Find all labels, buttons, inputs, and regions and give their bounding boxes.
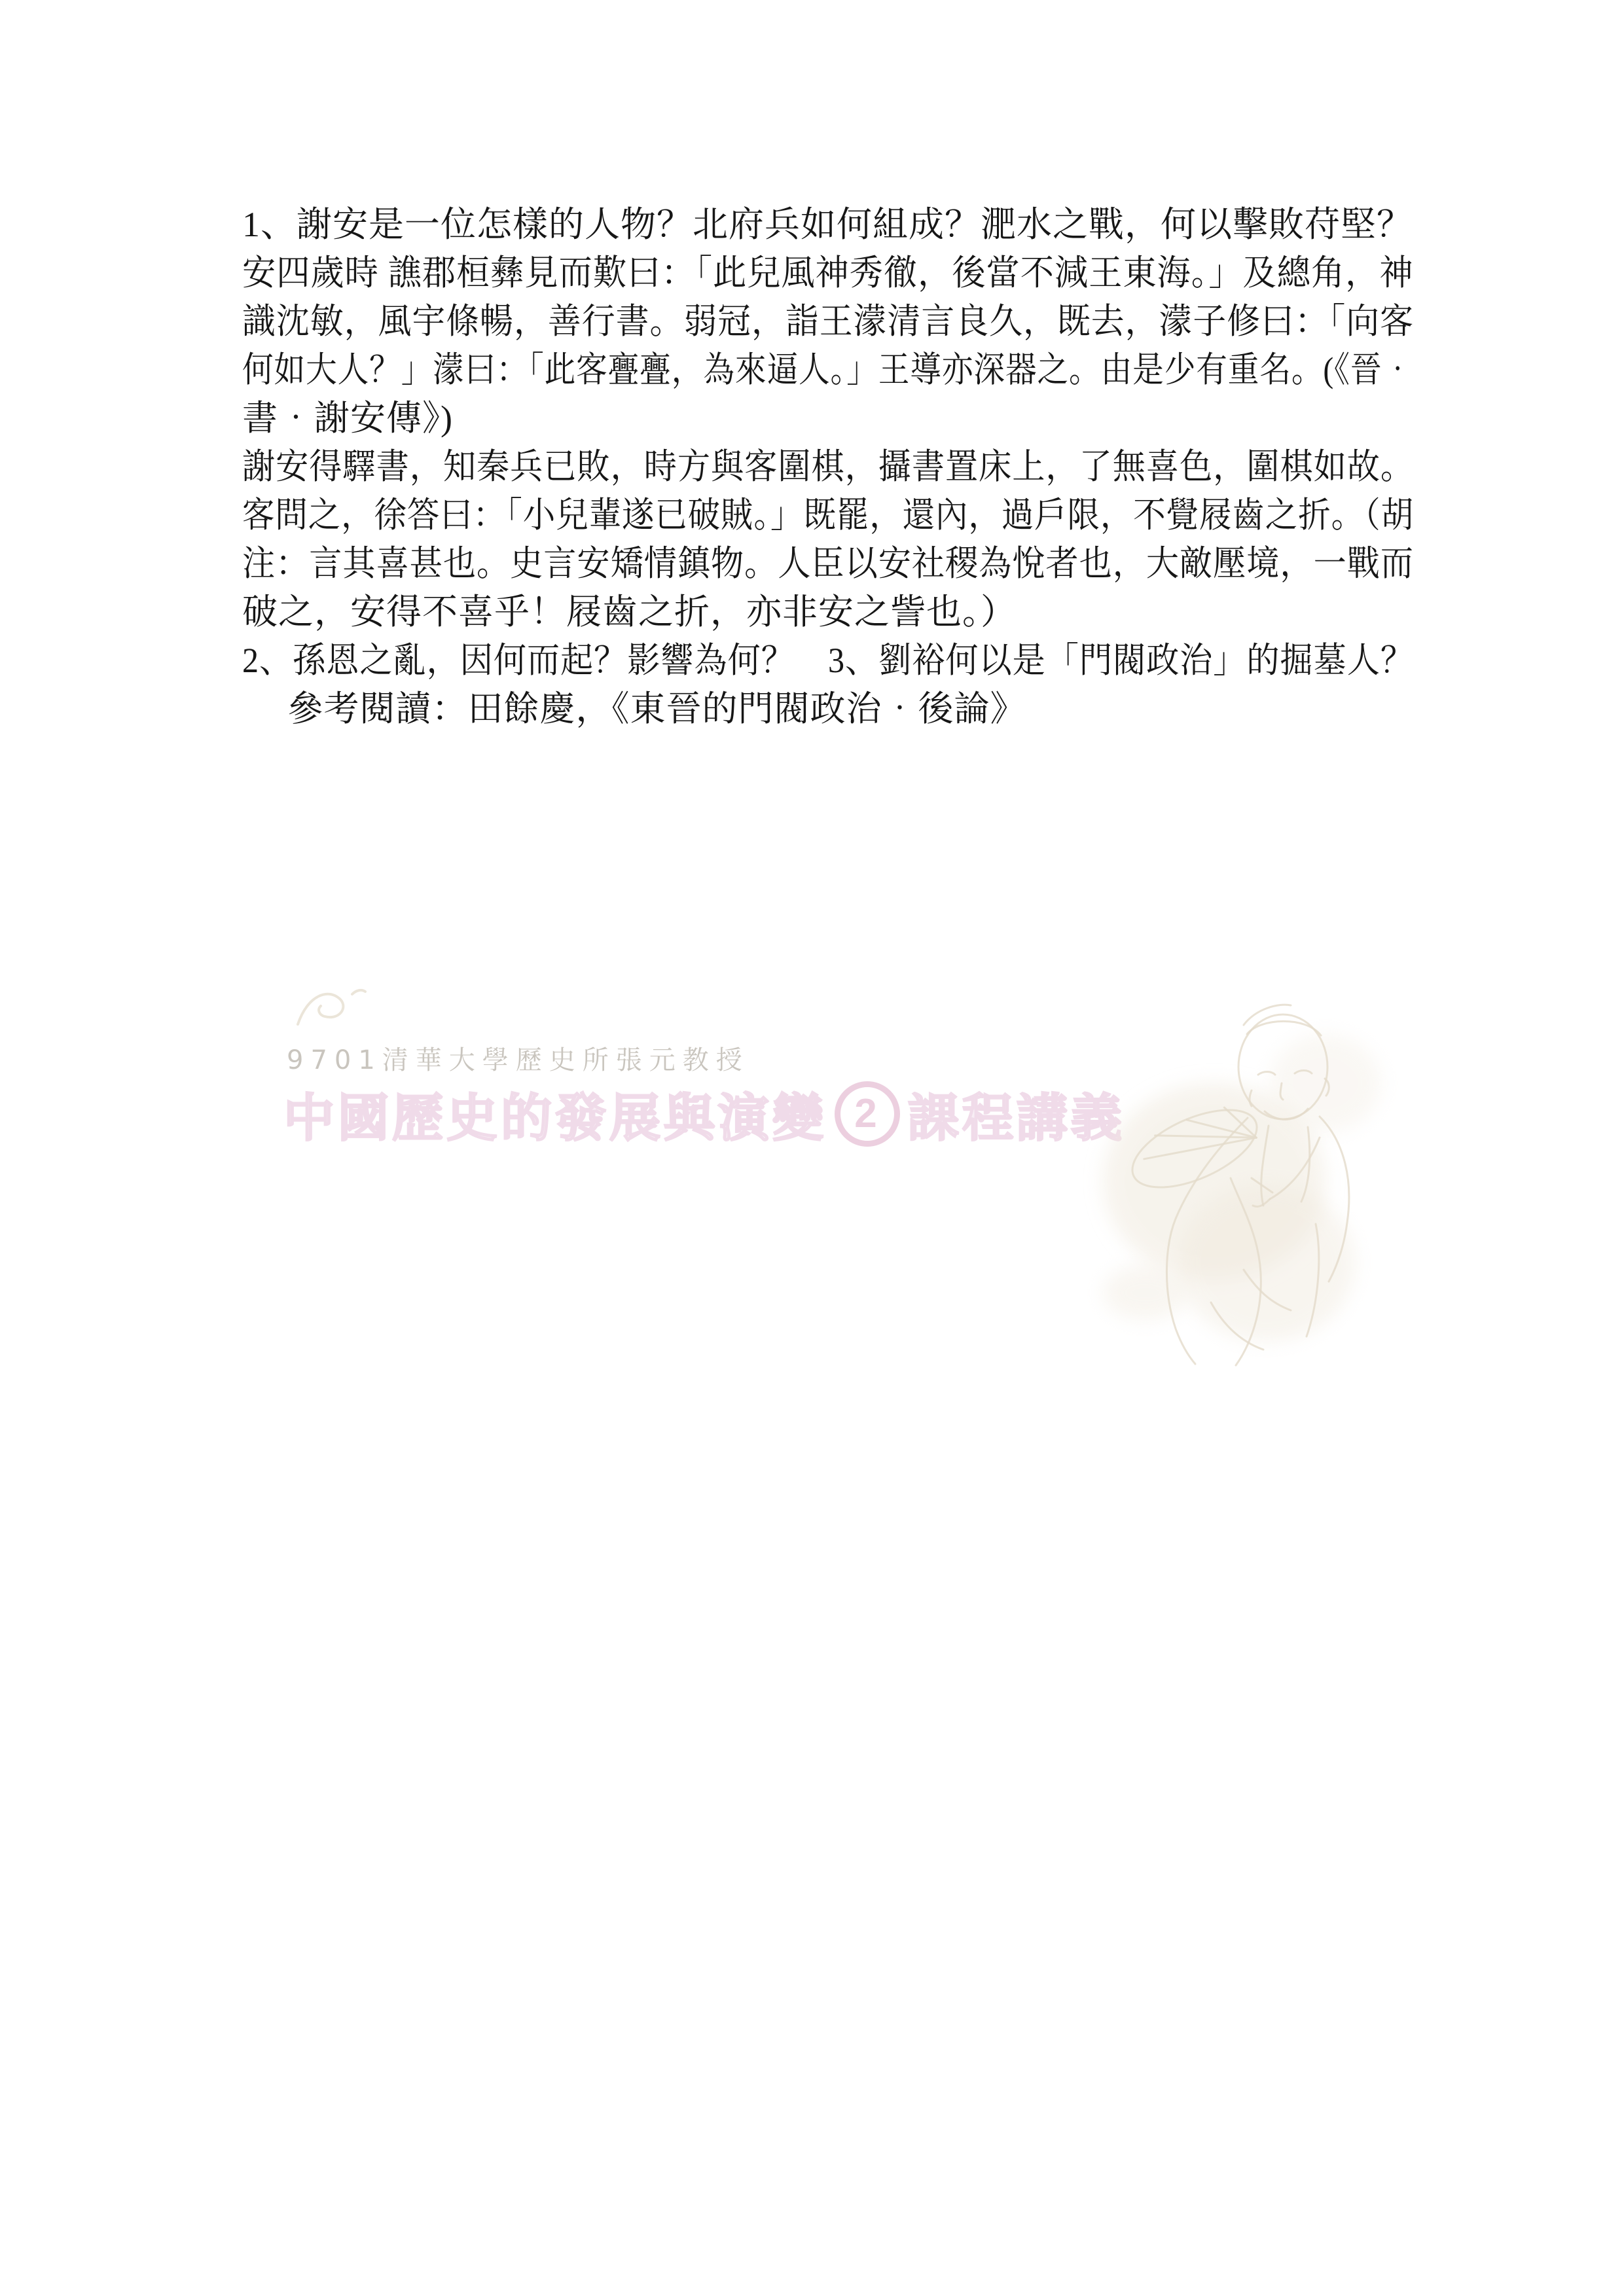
text-line: 參考閱讀：田餘慶，《東晉的門閥政治‧後論》 <box>242 685 1414 733</box>
text-line: 安四歲時 譙郡桓彝見而歎曰：「此兒風神秀徹，後當不減王東海。」及總角，神 <box>242 249 1354 297</box>
text-line: 謝安得驛書，知秦兵已敗，時方與客圍棋，攝書置床上，了無喜色，圍棋如故。 <box>242 442 1331 491</box>
question-text-block: 1、謝安是一位怎樣的人物？北府兵如何組成？淝水之戰，何以擊敗苻堅？安四歲時 譙郡… <box>242 200 1414 733</box>
text-line: 何如大人？」濛曰：「此客亹亹，為來逼人。」王導亦深器之。由是少有重名。(《晉‧ <box>242 346 1276 394</box>
text-line: 識沈敏，風宇條暢，善行書。弱冠，詣王濛清言良久，既去，濛子修曰：「向客 <box>242 297 1347 346</box>
circled-2-badge-icon: 2 <box>835 1081 900 1147</box>
watermark-course-author-line: 9701清華大學歷史所張元教授 <box>287 1039 749 1077</box>
page: 1、謝安是一位怎樣的人物？北府兵如何組成？淝水之戰，何以擊敗苻堅？安四歲時 譙郡… <box>0 0 1624 2296</box>
text-line: 注：言其喜甚也。史言安矯情鎮物。人臣以安社稷為悅者也，大敵壓境，一戰而 <box>242 539 1331 588</box>
text-line: 客問之，徐答曰：「小兒輩遂已破賊。」既罷，還內，過戶限，不覺屐齒之折。（胡 <box>242 491 1316 539</box>
watermark-course-title: 中國歷史的發展與演變 2 課程講義 <box>283 1080 1125 1148</box>
ink-scribble-icon <box>281 978 380 1037</box>
text-line: 破之，安得不喜乎！屐齒之折，亦非安之訾也。） <box>242 588 1414 636</box>
badge-number: 2 <box>854 1094 880 1134</box>
text-line: 1、謝安是一位怎樣的人物？北府兵如何組成？淝水之戰，何以擊敗苻堅？ <box>242 200 1414 249</box>
watermark-title-prefix: 中國歷史的發展與演變 <box>283 1077 827 1151</box>
text-line: 書‧謝安傳》) <box>242 394 1414 442</box>
text-line: 2、孫恩之亂，因何而起？影響為何？ 3、劉裕何以是「門閥政治」的掘墓人？ <box>242 636 1331 685</box>
scholar-sketch-icon <box>1047 962 1420 1374</box>
